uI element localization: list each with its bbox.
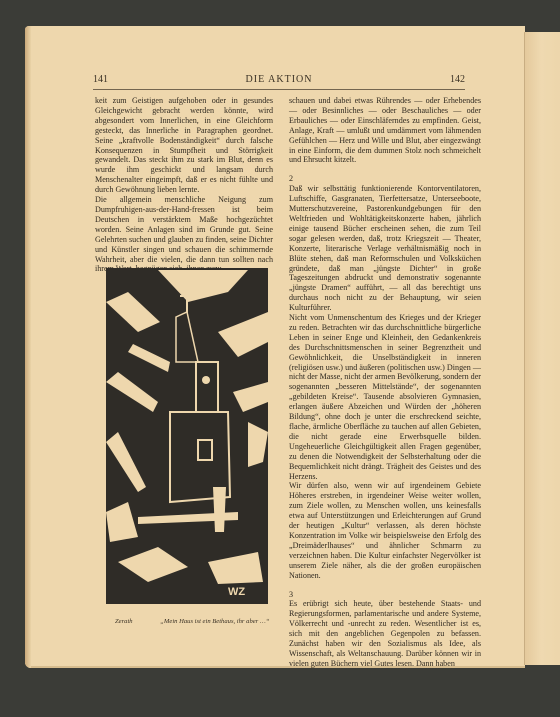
paragraph: Wir dürfen also, wenn wir auf irgendeine… <box>289 481 481 580</box>
caption-artist: Zerath <box>115 618 133 625</box>
paragraph: keit zum Geistigen aufgehoben oder in ge… <box>95 96 273 195</box>
section-number: 2 <box>289 174 481 184</box>
running-header: 141 DIE AKTION 142 <box>93 74 465 88</box>
paragraph: Daß wir selbsttätig funktionierende Kont… <box>289 184 481 313</box>
page-number-right: 142 <box>450 74 465 85</box>
journal-title: DIE AKTION <box>93 74 465 85</box>
header-rule <box>93 89 465 90</box>
adjacent-page-edge <box>524 32 560 665</box>
paragraph: schauen und dabei etwas Rührendes — oder… <box>289 96 481 165</box>
illustration-caption: Zerath „Mein Haus ist ein Bethaus, ihr a… <box>115 618 269 625</box>
section-number: 3 <box>289 590 481 600</box>
paragraph: Nicht vom Unmenschentum des Krieges und … <box>289 313 481 481</box>
right-column: schauen und dabei etwas Rührendes — oder… <box>289 96 481 669</box>
svg-text:WZ: WZ <box>228 586 245 598</box>
paragraph: Es erübrigt sich heute, über bestehende … <box>289 599 481 668</box>
caption-title: „Mein Haus ist ein Bethaus, ihr aber …“ <box>160 618 269 625</box>
woodcut-illustration: WZ <box>98 262 276 610</box>
left-column: keit zum Geistigen aufgehoben oder in ge… <box>95 96 273 274</box>
